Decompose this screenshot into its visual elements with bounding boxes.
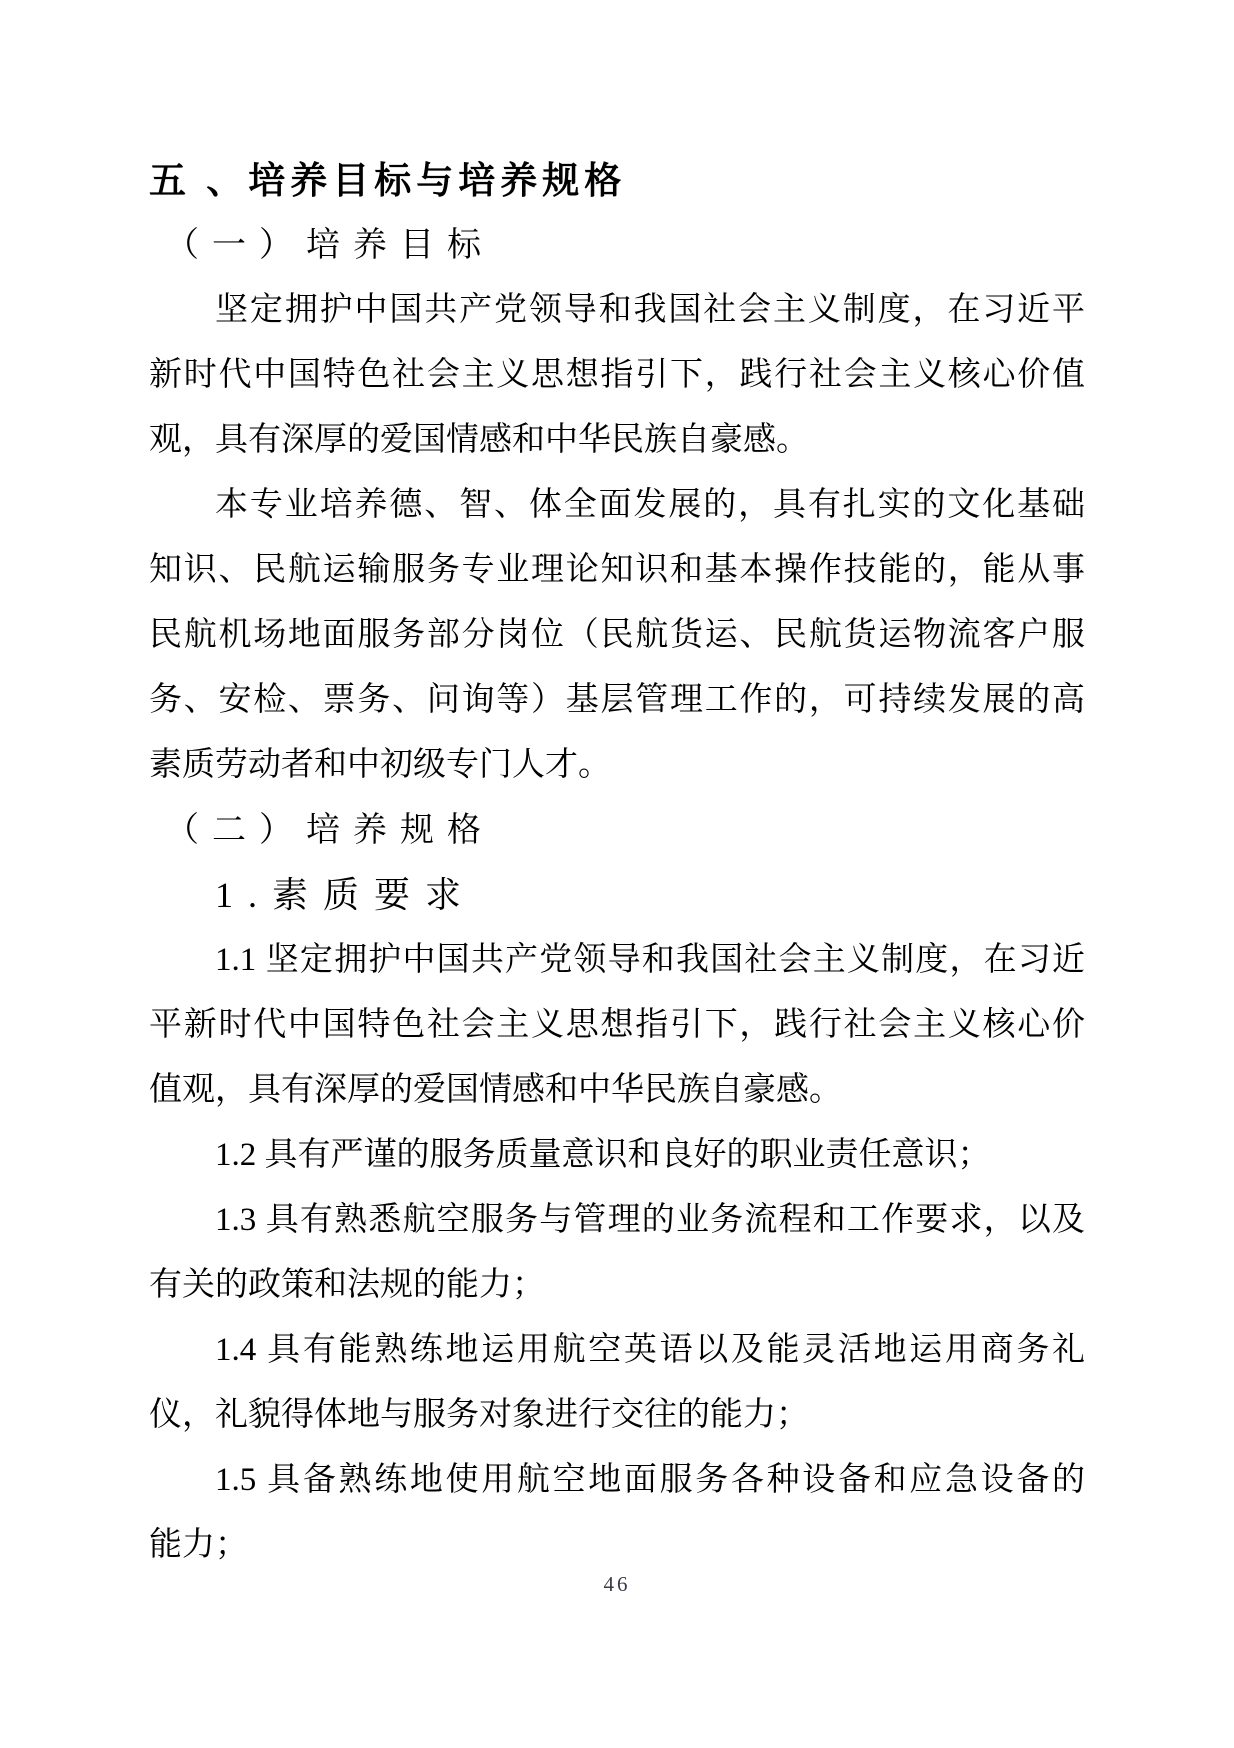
paragraph-line: 务、安检、票务、问询等）基层管理工作的，可持续发展的高	[149, 668, 1085, 733]
paragraph-line: 有关的政策和法规的能力；	[149, 1253, 1085, 1318]
subsection-heading: （一）培养目标	[149, 213, 1085, 278]
paragraph-line: 值观，具有深厚的爱国情感和中华民族自豪感。	[149, 1058, 1085, 1123]
paragraph-line: 观，具有深厚的爱国情感和中华民族自豪感。	[149, 408, 1085, 473]
paragraph-line: 1.4 具有能熟练地运用航空英语以及能灵活地运用商务礼	[149, 1318, 1085, 1383]
paragraph: 坚定拥护中国共产党领导和我国社会主义制度，在习近平新时代中国特色社会主义思想指引…	[149, 278, 1085, 473]
paragraph: 1.3 具有熟悉航空服务与管理的业务流程和工作要求，以及有关的政策和法规的能力；	[149, 1188, 1085, 1318]
section-heading: 五 、培养目标与培养规格	[149, 148, 1085, 213]
paragraph-line: 民航机场地面服务部分岗位（民航货运、民航货运物流客户服	[149, 603, 1085, 668]
paragraph: 1.2 具有严谨的服务质量意识和良好的职业责任意识；	[149, 1123, 1085, 1188]
paragraph: 1.4 具有能熟练地运用航空英语以及能灵活地运用商务礼仪，礼貌得体地与服务对象进…	[149, 1318, 1085, 1448]
page-footer: 46	[0, 1572, 1234, 1597]
paragraph-line: 仪，礼貌得体地与服务对象进行交往的能力；	[149, 1383, 1085, 1448]
paragraph-line: 能力；	[149, 1513, 1085, 1578]
paragraph-line: 坚定拥护中国共产党领导和我国社会主义制度，在习近平	[149, 278, 1085, 343]
paragraph: 1.1 坚定拥护中国共产党领导和我国社会主义制度，在习近平新时代中国特色社会主义…	[149, 928, 1085, 1123]
paragraph-line: 1.3 具有熟悉航空服务与管理的业务流程和工作要求，以及	[149, 1188, 1085, 1253]
paragraph-line: 知识、民航运输服务专业理论知识和基本操作技能的，能从事	[149, 538, 1085, 603]
paragraph-line: 本专业培养德、智、体全面发展的，具有扎实的文化基础	[149, 473, 1085, 538]
page-number: 46	[604, 1572, 631, 1596]
paragraph-line: 平新时代中国特色社会主义思想指引下，践行社会主义核心价	[149, 993, 1085, 1058]
paragraph-line: 素质劳动者和中初级专门人才。	[149, 733, 1085, 798]
paragraph-line: 1.1 坚定拥护中国共产党领导和我国社会主义制度，在习近	[149, 928, 1085, 993]
document-blocks: （一）培养目标坚定拥护中国共产党领导和我国社会主义制度，在习近平新时代中国特色社…	[149, 213, 1085, 1578]
paragraph: 本专业培养德、智、体全面发展的，具有扎实的文化基础知识、民航运输服务专业理论知识…	[149, 473, 1085, 798]
paragraph-line: 1.2 具有严谨的服务质量意识和良好的职业责任意识；	[149, 1123, 1085, 1188]
paragraph: 1.5 具备熟练地使用航空地面服务各种设备和应急设备的能力；	[149, 1448, 1085, 1578]
paragraph-line: 1.5 具备熟练地使用航空地面服务各种设备和应急设备的	[149, 1448, 1085, 1513]
document-body: 五 、培养目标与培养规格 （一）培养目标坚定拥护中国共产党领导和我国社会主义制度…	[149, 148, 1085, 1578]
subsection-heading: （二）培养规格	[149, 798, 1085, 863]
paragraph-line: 新时代中国特色社会主义思想指引下，践行社会主义核心价值	[149, 343, 1085, 408]
list-item-heading: 1.素质要求	[149, 863, 1085, 928]
document-page: 五 、培养目标与培养规格 （一）培养目标坚定拥护中国共产党领导和我国社会主义制度…	[0, 0, 1234, 1748]
